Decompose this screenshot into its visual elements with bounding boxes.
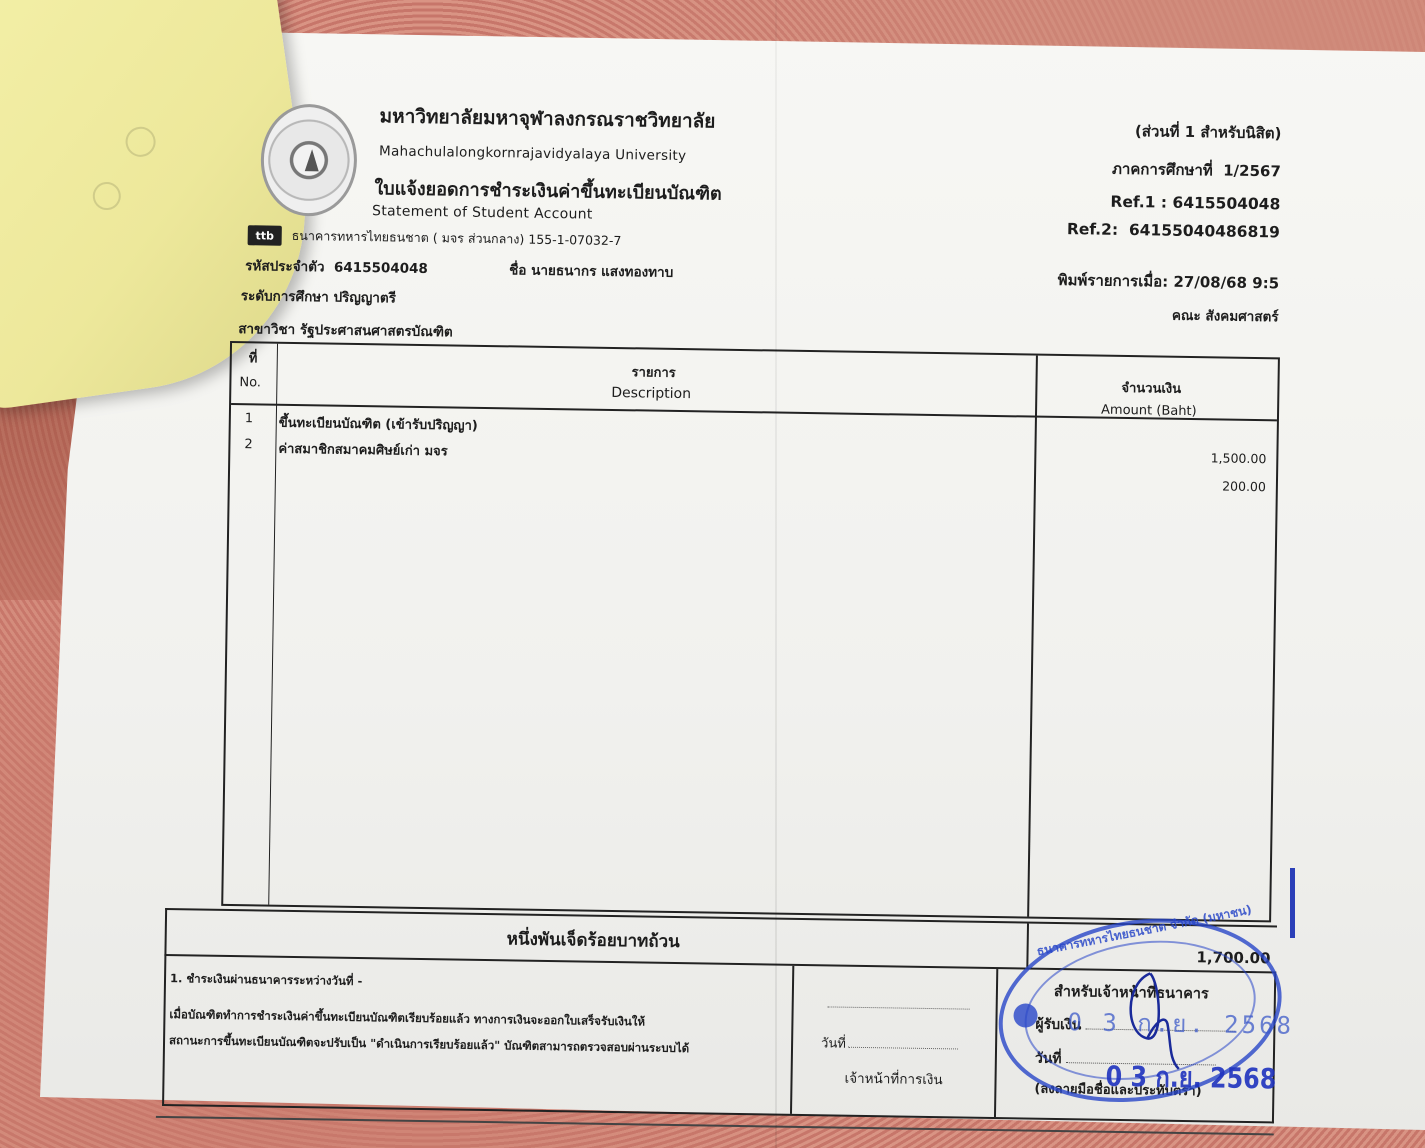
faculty: คณะ สังคมศาสตร์ xyxy=(1057,302,1279,327)
student-id: รหัสประจำตัว 6415504048 xyxy=(245,254,428,279)
student-name-value: นายธนากร แสงทองทาบ xyxy=(531,263,673,281)
note-status: สถานะการขึ้นทะเบียนบัณฑิตจะปรับเป็น "ดำเ… xyxy=(169,1032,689,1058)
header-amount-th: จำนวนเงิน xyxy=(1121,377,1181,399)
academic-term: ภาคการศึกษาที่ 1/2567 xyxy=(1059,156,1281,183)
total-divider xyxy=(1026,924,1029,968)
note-payment-period: 1. ชำระเงินผ่านธนาคารระหว่างวันที่ - xyxy=(170,970,363,991)
section-divider xyxy=(994,969,998,1117)
education-level: ระดับการศึกษา ปริญญาตรี xyxy=(241,284,397,308)
statement-title-en: Statement of Student Account xyxy=(372,203,593,222)
ink-mark xyxy=(1290,868,1295,938)
header-amount-en: Amount (Baht) xyxy=(1101,403,1197,419)
paper-fold xyxy=(775,0,777,1148)
fee-table: ที่ No. รายการ Description จำนวนเงิน Amo… xyxy=(221,341,1280,922)
statement-meta: (ส่วนที่ 1 สำหรับนิสิต) ภาคการศึกษาที่ 1… xyxy=(1057,118,1282,327)
finance-date: วันที่ xyxy=(821,1032,958,1055)
header-no-en: No. xyxy=(239,375,261,390)
reference-1: Ref.1 : 6415504048 xyxy=(1059,192,1281,213)
printed-timestamp: พิมพ์รายการเมื่อ: 27/08/68 9:5 xyxy=(1057,268,1279,295)
row-amount: 1,500.00 xyxy=(1211,450,1267,466)
bank-account-row: ttb ธนาคารทหารไทยธนชาต ( มจร ส่วนกลาง) 1… xyxy=(248,225,622,251)
header-description-en: Description xyxy=(611,385,691,402)
header-no-th: ที่ xyxy=(249,347,258,368)
student-id-value: 6415504048 xyxy=(334,260,428,277)
bank-logo-icon: ttb xyxy=(248,225,282,246)
statement-document: มหาวิทยาลัยมหาจุฬาลงกรณราชวิทยาลัย Mahac… xyxy=(156,90,1292,1137)
total-in-words: หนึ่งพันเจ็ดร้อยบาทถ้วน xyxy=(506,925,679,955)
finance-signature-line xyxy=(828,1006,970,1009)
reference-2: Ref.2: 64155040486819 xyxy=(1058,220,1280,241)
copy-part: (ส่วนที่ 1 สำหรับนิสิต) xyxy=(1060,118,1282,145)
statement-title-th: ใบแจ้งยอดการชำระเงินค่าขึ้นทะเบียนบัณฑิต xyxy=(374,173,722,207)
university-name-th: มหาวิทยาลัยมหาจุฬาลงกรณราชวิทยาลัย xyxy=(379,101,715,136)
student-name: ชื่อ นายธนากร แสงทองทาบ xyxy=(509,258,673,283)
university-name-en: Mahachulalongkornrajavidyalaya Universit… xyxy=(379,143,687,164)
header-description-th: รายการ xyxy=(631,361,675,383)
section-divider xyxy=(790,966,794,1114)
note-receipt: เมื่อบัณฑิตทำการชำระเงินค่าขึ้นทะเบียนบั… xyxy=(169,1006,645,1031)
row-amount: 200.00 xyxy=(1222,479,1266,495)
university-seal-icon xyxy=(260,103,358,216)
finance-officer-label: เจ้าหน้าที่การเงิน xyxy=(844,1067,942,1091)
total-amount: 1,700.00 xyxy=(1196,948,1270,967)
signature-icon xyxy=(1119,963,1191,1074)
major: สาขาวิชา รัฐประศาสนศาสตรบัณฑิต xyxy=(238,317,453,342)
bank-account: ธนาคารทหารไทยธนชาต ( มจร ส่วนกลาง) 155-1… xyxy=(292,226,622,251)
